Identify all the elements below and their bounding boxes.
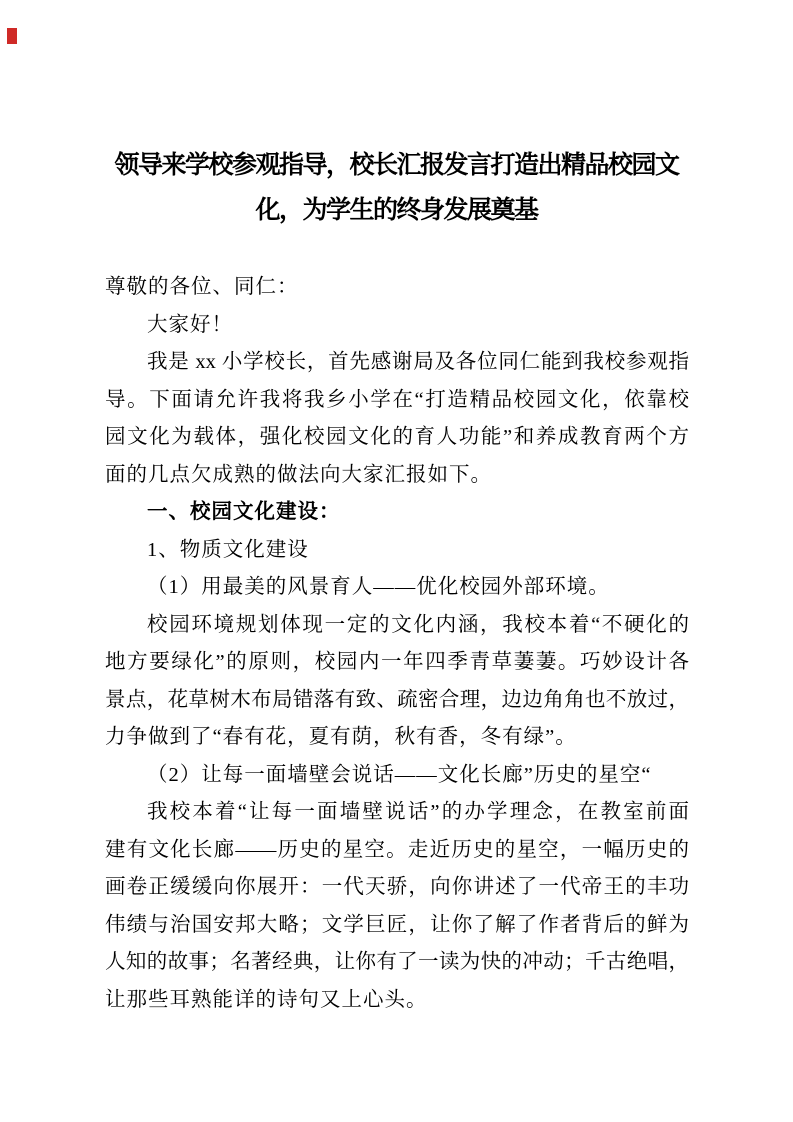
document-title: 领导来学校参观指导，校长汇报发言打造出精品校园文 化，为学生的终身发展奠基 bbox=[0, 143, 793, 233]
text-line: 建有文化长廊——历史的星空。走近历史的星空，一幅历史的 bbox=[105, 832, 689, 870]
text-line: 景点，花草树木布局错落有致、疏密合理，边边角角也不放过， bbox=[105, 682, 689, 720]
text-line: 力争做到了“春有花，夏有荫，秋有香，冬有绿”。 bbox=[105, 719, 689, 757]
text-line: 伟绩与治国安邦大略；文学巨匠，让你了解了作者背后的鲜为 bbox=[105, 907, 689, 945]
document-body: 尊敬的各位、同仁： 大家好！ 我是 xx 小学校长，首先感谢局及各位同仁能到我校… bbox=[105, 269, 689, 1019]
line-greeting: 大家好！ bbox=[105, 307, 689, 345]
text-line: 地方要绿化”的原则，校园内一年四季青草萋萋。巧妙设计各 bbox=[105, 644, 689, 682]
text-line: 园文化为载体，强化校园文化的育人功能”和养成教育两个方 bbox=[105, 419, 689, 457]
line-salutation: 尊敬的各位、同仁： bbox=[105, 269, 689, 307]
text-line: 导。下面请允许我将我乡小学在“打造精品校园文化，依靠校 bbox=[105, 382, 689, 420]
text-line: 让那些耳熟能详的诗句又上心头。 bbox=[105, 982, 689, 1020]
document-page: 领导来学校参观指导，校长汇报发言打造出精品校园文 化，为学生的终身发展奠基 尊敬… bbox=[0, 0, 793, 1122]
document-title-line-1: 领导来学校参观指导，校长汇报发言打造出精品校园文 bbox=[0, 143, 793, 188]
text-line: 人知的故事；名著经典，让你有了一读为快的冲动；千古绝唱， bbox=[105, 944, 689, 982]
heading-item-1: （1）用最美的风景育人——优化校园外部环境。 bbox=[105, 569, 689, 607]
corner-red-mark bbox=[7, 28, 17, 44]
text-line: 画卷正缓缓向你展开：一代天骄，向你讲述了一代帝王的丰功 bbox=[105, 869, 689, 907]
heading-material-culture: 1、物质文化建设 bbox=[105, 532, 689, 570]
text-line: 校园环境规划体现一定的文化内涵，我校本着“不硬化的 bbox=[105, 607, 689, 645]
text-line: 我校本着“让每一面墙壁说话”的办学理念，在教室前面 bbox=[105, 794, 689, 832]
heading-campus-culture: 一、校园文化建设： bbox=[105, 494, 689, 532]
document-title-line-2: 化，为学生的终身发展奠基 bbox=[0, 188, 793, 233]
text-line: 我是 xx 小学校长，首先感谢局及各位同仁能到我校参观指 bbox=[105, 344, 689, 382]
heading-item-2: （2）让每一面墙壁会说话——文化长廊”历史的星空“ bbox=[105, 757, 689, 795]
text-line: 面的几点欠成熟的做法向大家汇报如下。 bbox=[105, 457, 689, 495]
